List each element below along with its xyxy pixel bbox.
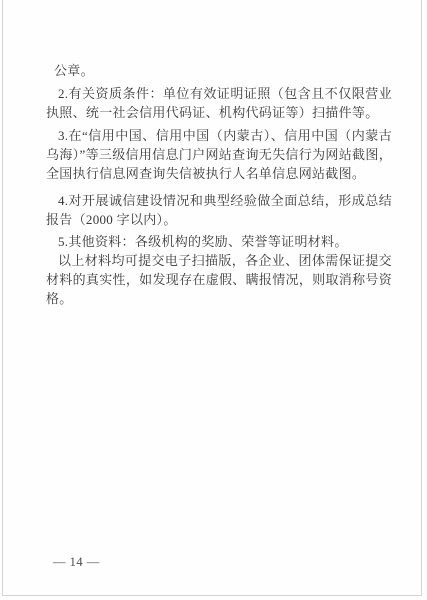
paragraph-continuation: 公章。	[46, 62, 392, 81]
page-number: — 14 —	[53, 555, 100, 570]
paragraph-item-2: 2.有关资质条件：单位有效证明证照（包含且不仅限营业执照、统一社会信用代码证、机…	[46, 85, 392, 123]
paragraph-item-3: 3.在“信用中国、信用中国（内蒙古）、信用中国（内蒙古乌海）”等三级信用信息门户…	[46, 127, 392, 183]
document-page: 公章。 2.有关资质条件：单位有效证明证照（包含且不仅限营业执照、统一社会信用代…	[0, 0, 427, 600]
paragraph-closing: 以上材料均可提交电子扫描版，各企业、团体需保证提交材料的真实性，如发现存在虚假、…	[46, 252, 392, 308]
paragraph-item-4: 4.对开展诚信建设情况和典型经验做全面总结，形成总结报告（2000 字以内）。	[46, 192, 392, 230]
document-body: 公章。 2.有关资质条件：单位有效证明证照（包含且不仅限营业执照、统一社会信用代…	[46, 62, 392, 309]
paragraph-item-5: 5.其他资料：各级机构的奖励、荣誉等证明材料。	[46, 233, 392, 252]
